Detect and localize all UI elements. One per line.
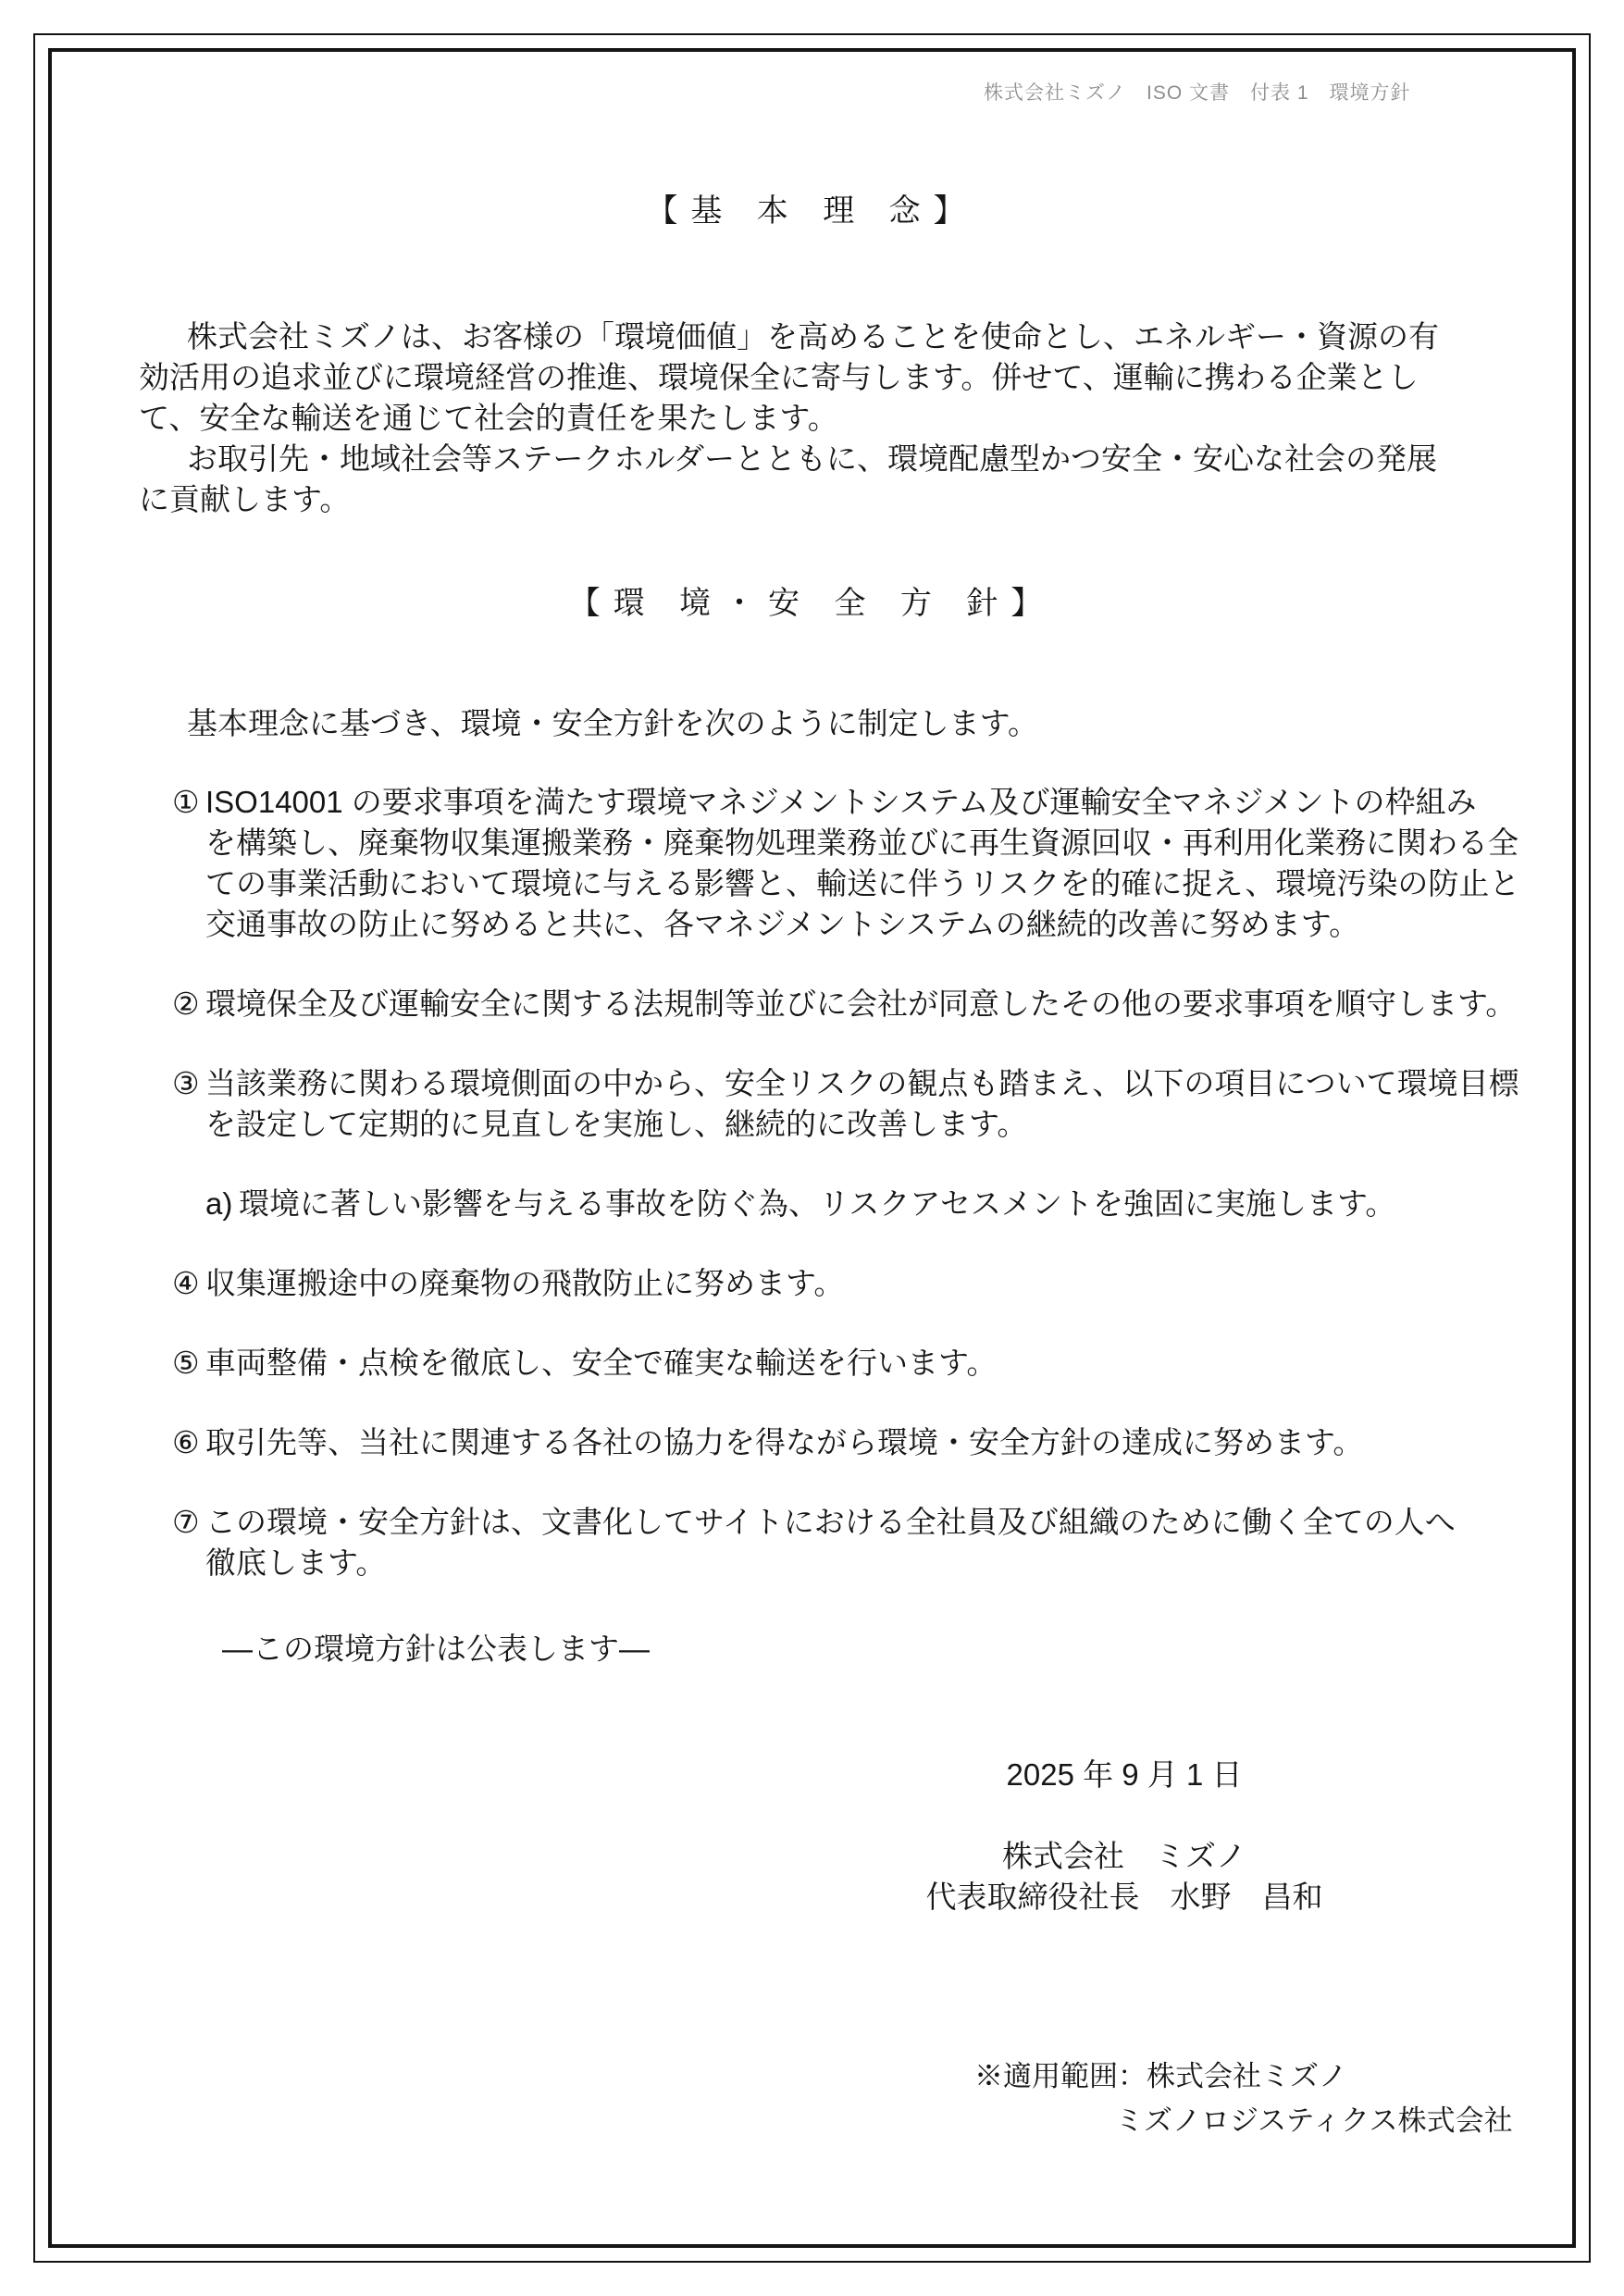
scope-note: ※適用範囲：株式会社ミズノ ミズノロジスティクス株式会社 — [974, 2054, 1513, 2143]
policy-subitem: a)環境に著しい影響を与える事故を防ぐ為、リスクアセスメントを強固に実施します。 — [205, 1184, 1573, 1224]
principles-paragraph-2: お取引先・地域社会等ステークホルダーとともに、環境配慮型かつ安全・安心な社会の発… — [139, 439, 1531, 520]
scope-line-1: ※適用範囲：株式会社ミズノ — [974, 2054, 1513, 2099]
policy-item: ①ISO14001 の要求事項を満たす環境マネジメントシステム及び運輸安全マネジ… — [172, 782, 1573, 945]
publication-note: ―この環境方針は公表します― — [222, 1629, 650, 1669]
item-number: ⑤ — [172, 1343, 205, 1384]
item-text: 環境に著しい影響を与える事故を防ぐ為、リスクアセスメントを強固に実施します。 — [239, 1184, 1395, 1224]
policy-title: 【環 境・安 全 方 針】 — [0, 577, 1624, 623]
item-text: この環境・安全方針は、文書化してサイトにおける全社員及び組織のために働く全ての人… — [205, 1502, 1456, 1583]
policy-item: ③当該業務に関わる環境側面の中から、安全リスクの観点も踏まえ、以下の項目について… — [172, 1063, 1573, 1145]
policy-item: ⑤車両整備・点検を徹底し、安全で確実な輸送を行います。 — [172, 1343, 1573, 1384]
item-number: a) — [205, 1184, 239, 1224]
item-number: ⑥ — [172, 1422, 205, 1463]
item-number: ② — [172, 984, 205, 1024]
item-text: 取引先等、当社に関連する各社の協力を得ながら環境・安全方針の達成に努めます。 — [205, 1422, 1363, 1463]
item-number: ① — [172, 782, 205, 945]
item-number: ④ — [172, 1263, 205, 1304]
signature-company: 株式会社 ミズノ — [902, 1836, 1346, 1877]
item-text: 車両整備・点検を徹底し、安全で確実な輸送を行います。 — [205, 1343, 997, 1384]
principles-paragraph-1: 株式会社ミズノは、お客様の「環境価値」を高めることを使命とし、エネルギー・資源の… — [139, 316, 1531, 439]
item-number: ⑦ — [172, 1502, 205, 1583]
policy-item: ④収集運搬途中の廃棄物の飛散防止に努めます。 — [172, 1263, 1573, 1304]
item-text: ISO14001 の要求事項を満たす環境マネジメントシステム及び運輸安全マネジメ… — [205, 782, 1519, 945]
item-text: 環境保全及び運輸安全に関する法規制等並びに会社が同意したその他の要求事項を順守し… — [205, 984, 1516, 1024]
policy-item: ⑥取引先等、当社に関連する各社の協力を得ながら環境・安全方針の達成に努めます。 — [172, 1422, 1573, 1463]
item-text: 収集運搬途中の廃棄物の飛散防止に努めます。 — [205, 1263, 844, 1304]
item-number: ③ — [172, 1063, 205, 1145]
policy-item: ⑦この環境・安全方針は、文書化してサイトにおける全社員及び組織のために働く全ての… — [172, 1502, 1573, 1583]
policy-items: ①ISO14001 の要求事項を満たす環境マネジメントシステム及び運輸安全マネジ… — [172, 782, 1573, 1583]
document-header: 株式会社ミズノ ISO 文書 付表 1 環境方針 — [984, 78, 1411, 105]
signature-date: 2025 年 9 月 1 日 — [902, 1755, 1346, 1795]
basic-principles-body: 株式会社ミズノは、お客様の「環境価値」を高めることを使命とし、エネルギー・資源の… — [139, 316, 1531, 520]
basic-principles-title: 【基 本 理 念】 — [0, 185, 1624, 230]
signature-representative: 代表取締役社長 水野 昌和 — [902, 1877, 1346, 1917]
policy-intro: 基本理念に基づき、環境・安全方針を次のように制定します。 — [139, 703, 1038, 744]
scope-line-2: ミズノロジスティクス株式会社 — [974, 2099, 1513, 2143]
policy-item: ②環境保全及び運輸安全に関する法規制等並びに会社が同意したその他の要求事項を順守… — [172, 984, 1573, 1024]
signature-block: 2025 年 9 月 1 日 株式会社 ミズノ 代表取締役社長 水野 昌和 — [902, 1755, 1346, 1917]
item-text: 当該業務に関わる環境側面の中から、安全リスクの観点も踏まえ、以下の項目について環… — [205, 1063, 1519, 1145]
document-page: 株式会社ミズノ ISO 文書 付表 1 環境方針 【基 本 理 念】 株式会社ミ… — [0, 0, 1624, 2296]
